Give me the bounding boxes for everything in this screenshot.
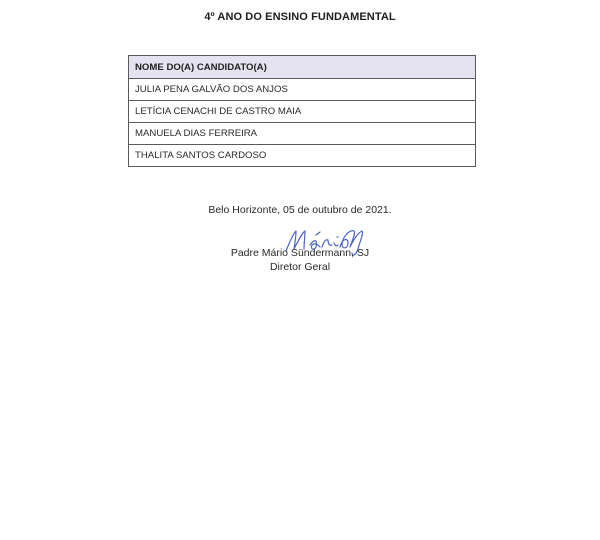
- table-row: LETÍCIA CENACHI DE CASTRO MAIA: [129, 101, 476, 123]
- document-title: 4º ANO DO ENSINO FUNDAMENTAL: [0, 11, 600, 23]
- table-header-row: NOME DO(A) CANDIDATO(A): [129, 56, 476, 79]
- candidate-name-cell: MANUELA DIAS FERREIRA: [129, 123, 476, 145]
- column-header-candidate-name: NOME DO(A) CANDIDATO(A): [129, 56, 476, 79]
- table-row: JULIA PENA GALVÃO DOS ANJOS: [129, 79, 476, 101]
- candidate-name-cell: JULIA PENA GALVÃO DOS ANJOS: [129, 79, 476, 101]
- table-row: MANUELA DIAS FERREIRA: [129, 123, 476, 145]
- table-row: THALITA SANTOS CARDOSO: [129, 145, 476, 167]
- candidate-name-cell: LETÍCIA CENACHI DE CASTRO MAIA: [129, 101, 476, 123]
- candidate-name-cell: THALITA SANTOS CARDOSO: [129, 145, 476, 167]
- signer-role: Diretor Geral: [0, 261, 600, 273]
- place-and-date: Belo Horizonte, 05 de outubro de 2021.: [0, 204, 600, 216]
- signer-name: Padre Mário Sündermann, SJ: [0, 247, 600, 259]
- candidates-table: NOME DO(A) CANDIDATO(A) JULIA PENA GALVÃ…: [128, 55, 476, 167]
